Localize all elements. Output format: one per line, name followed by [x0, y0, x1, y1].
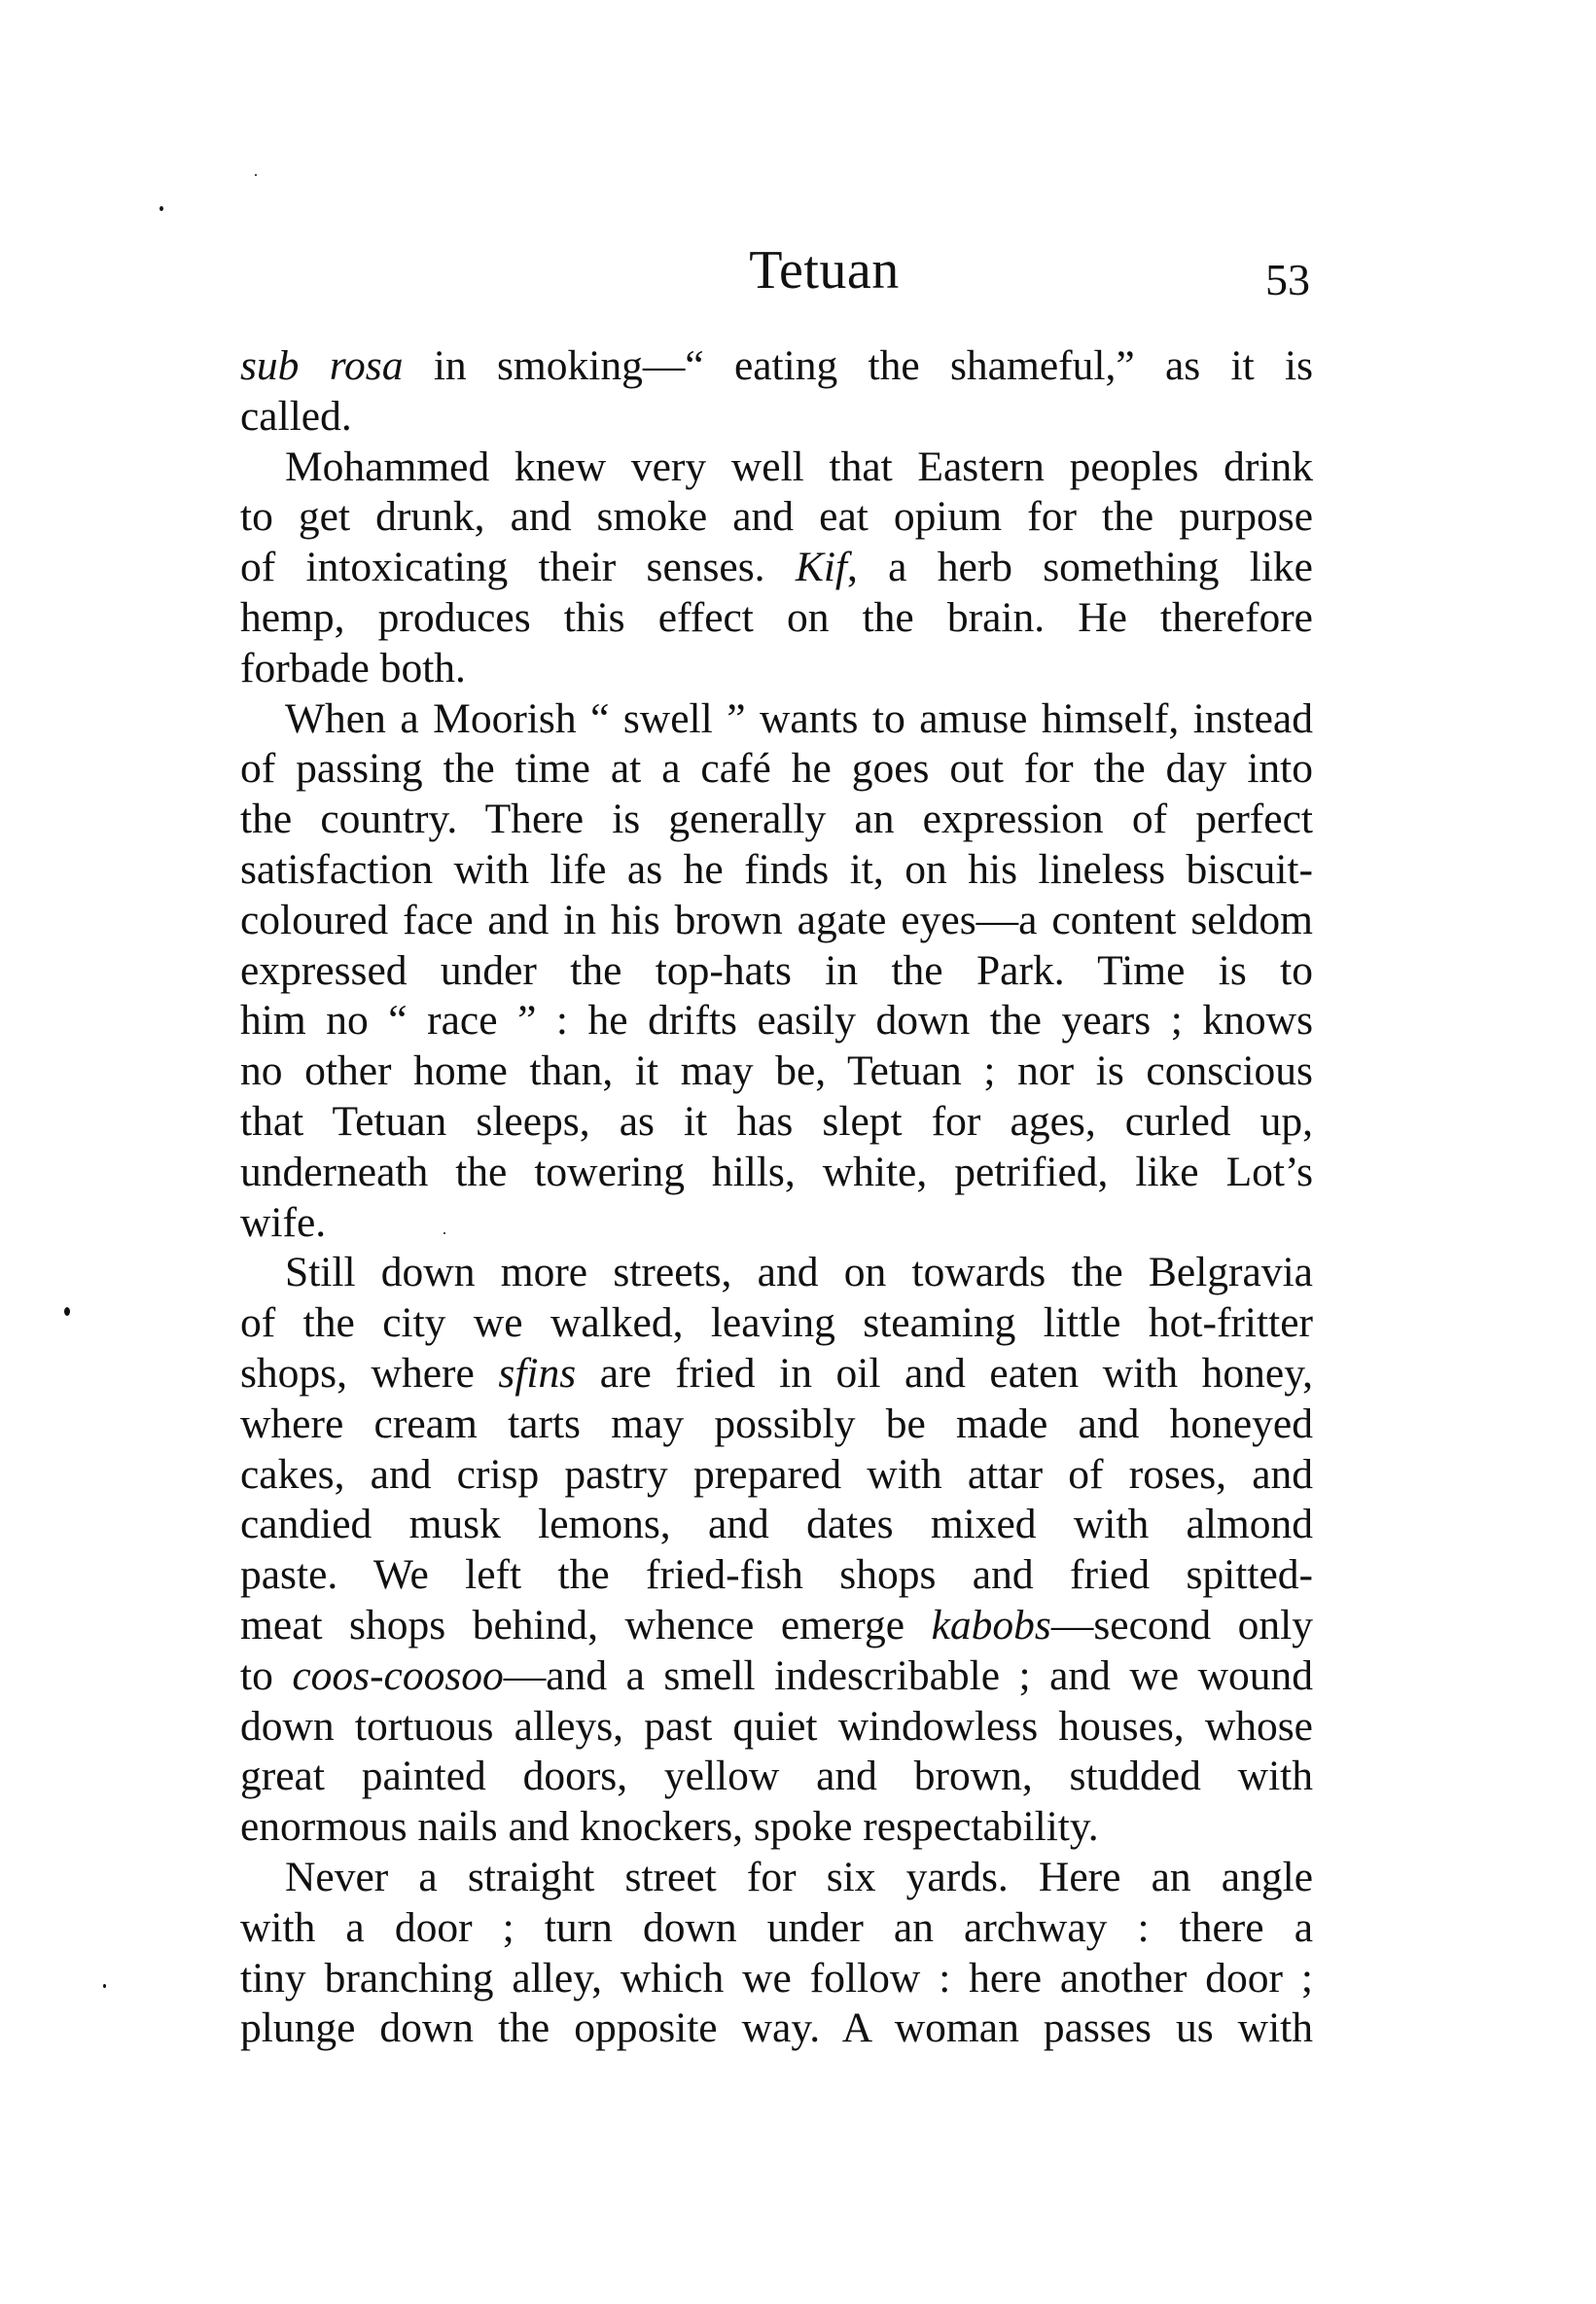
text-line: the country. There is generally an expre…	[240, 795, 1313, 845]
text-line: that Tetuan sleeps, as it has slept for …	[240, 1097, 1313, 1148]
running-head: Tetuan 53	[240, 241, 1313, 309]
paragraph: Mohammed knew very well that Eastern peo…	[240, 443, 1313, 694]
text-line: to get drunk, and smoke and eat opium fo…	[240, 492, 1313, 543]
scan-speck	[255, 174, 257, 176]
text-line: great painted doors, yellow and brown, s…	[240, 1752, 1313, 1802]
paragraph: sub rosa in smoking—“ eating the shamefu…	[240, 341, 1313, 443]
text-line: wife.	[240, 1198, 1313, 1249]
italic-term: coos-coosoo	[292, 1652, 503, 1699]
text-line: no other home than, it may be, Tetuan ; …	[240, 1046, 1313, 1097]
text-line: called.	[240, 392, 1313, 443]
text-line: of passing the time at a café he goes ou…	[240, 744, 1313, 795]
italic-term: kabobs	[932, 1602, 1051, 1648]
page-number: 53	[1265, 251, 1310, 309]
running-title-text: Tetuan	[749, 241, 900, 300]
paragraph: When a Moorish “ swell ” wants to amuse …	[240, 694, 1313, 1249]
text-line: to coos-coosoo—and a smell indescribable…	[240, 1651, 1313, 1702]
italic-term: Kif	[796, 544, 847, 590]
paragraph: Never a straight street for six yards. H…	[240, 1853, 1313, 2054]
paragraph: Still down more streets, and on towards …	[240, 1248, 1313, 1853]
text-line: shops, where sfins are fried in oil and …	[240, 1349, 1313, 1400]
text-line: forbade both.	[240, 644, 1313, 694]
italic-term: sub rosa	[240, 342, 404, 389]
text-line: plunge down the opposite way. A woman pa…	[240, 2003, 1313, 2054]
text-line: where cream tarts may possibly be made a…	[240, 1400, 1313, 1450]
text-line: expressed under the top-hats in the Park…	[240, 946, 1313, 997]
text-line: coloured face and in his brown agate eye…	[240, 896, 1313, 946]
text-line: enormous nails and knockers, spoke respe…	[240, 1802, 1313, 1853]
text-line: underneath the towering hills, white, pe…	[240, 1148, 1313, 1198]
text-line: Mohammed knew very well that Eastern peo…	[240, 443, 1313, 493]
text-line: paste. We left the fried-fish shops and …	[240, 1550, 1313, 1601]
scan-speck	[64, 1307, 70, 1316]
scan-speck	[160, 206, 163, 211]
text-line: with a door ; turn down under an archway…	[240, 1903, 1313, 1954]
text-line: down tortuous alleys, past quiet windowl…	[240, 1702, 1313, 1753]
italic-term: sfins	[498, 1350, 576, 1397]
text-line: cakes, and crisp pastry prepared with at…	[240, 1450, 1313, 1501]
scan-speck	[443, 1232, 445, 1234]
text-line: candied musk lemons, and dates mixed wit…	[240, 1500, 1313, 1550]
text-line: of intoxicating their senses. Kif, a her…	[240, 543, 1313, 593]
running-title: Tetuan	[240, 241, 1313, 300]
text-line: hemp, produces this effect on the brain.…	[240, 593, 1313, 644]
text-line: tiny branching alley, which we follow : …	[240, 1954, 1313, 2004]
text-line: of the city we walked, leaving steaming …	[240, 1298, 1313, 1349]
text-line: satisfaction with life as he finds it, o…	[240, 845, 1313, 896]
text-line: Never a straight street for six yards. H…	[240, 1853, 1313, 1903]
text-line: sub rosa in smoking—“ eating the shamefu…	[240, 341, 1313, 392]
text-line: When a Moorish “ swell ” wants to amuse …	[240, 694, 1313, 745]
text-line: him no “ race ” : he drifts easily down …	[240, 996, 1313, 1046]
text-line: meat shops behind, whence emerge kabobs—…	[240, 1601, 1313, 1651]
text-line: Still down more streets, and on towards …	[240, 1248, 1313, 1298]
book-page: Tetuan 53 sub rosa in smoking—“ eating t…	[0, 0, 1596, 2304]
scan-speck	[103, 1984, 106, 1988]
body-text: sub rosa in smoking—“ eating the shamefu…	[240, 341, 1313, 2054]
